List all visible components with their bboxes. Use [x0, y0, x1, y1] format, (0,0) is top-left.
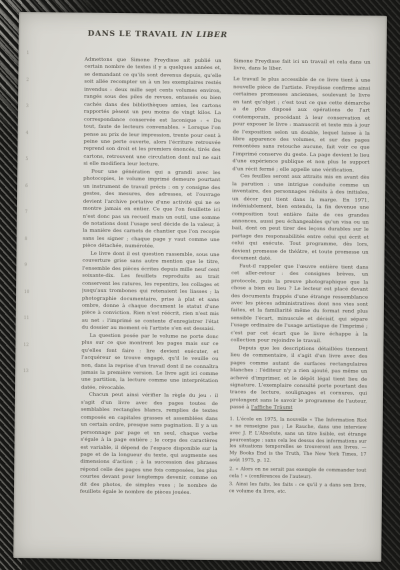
paragraph: Le travail le plus accessible de ce livr…: [232, 77, 370, 175]
margin-mark: 9: [24, 262, 33, 289]
paragraph: Admettons que Simone Freydisse ait publi…: [83, 57, 221, 170]
page-title-italic: IN LIBER: [181, 30, 228, 39]
page-title-main: DANS LE TRAVAIL: [88, 29, 181, 39]
footnote: 1. L'école en 1975, la nouvelle « The In…: [229, 417, 366, 467]
paragraph: Faut-il rappeler que l'œuvre entière tie…: [231, 263, 369, 346]
paragraph: Depuis que les descriptions détaillées t…: [230, 345, 368, 414]
paragraph: Pour une génération qui a grandi avec le…: [83, 168, 221, 251]
paragraph-text: Depuis que les descriptions détaillées t…: [230, 345, 368, 411]
underlined-phrase: l'affiche Träumt: [251, 405, 292, 411]
margin-mark: 5: [25, 156, 34, 183]
margin-mark: 1: [26, 50, 35, 77]
margin-mark: 13: [23, 368, 32, 395]
opening-paragraph: Simone Freydisse fait ici un travail et …: [233, 58, 370, 74]
margin-mark: 7: [25, 209, 34, 236]
footnote: 2. « Alors on ne serait pas exemple de c…: [229, 467, 366, 482]
paragraph: Ces feuilles seront aux attraits mis en …: [231, 174, 369, 265]
margin-mark: 2: [26, 77, 35, 104]
column-left: Admettons que Simone Freydisse ait publi…: [80, 57, 222, 512]
footnote: 3. Ainsi les faits, les faits : ce qu'il…: [229, 482, 366, 497]
page-title: DANS LE TRAVAIL IN LIBER: [88, 29, 228, 39]
margin-mark: 3: [26, 103, 35, 130]
paragraph: Le livre dont il est question rassemble,…: [82, 250, 220, 333]
margin-mark: 8: [24, 236, 33, 263]
footnotes: 1. L'école en 1975, la nouvelle « The In…: [229, 417, 367, 497]
paragraph: Chacun peut ainsi vérifier la règle du j…: [80, 392, 218, 498]
margin-mark: 4: [25, 130, 34, 157]
text-columns: Admettons que Simone Freydisse ait publi…: [80, 57, 371, 514]
margin-mark: 10: [24, 289, 33, 316]
book-page: DANS LE TRAVAIL IN LIBER 1 2 3 4 5 6 7 8…: [13, 12, 387, 562]
paragraph: La question posée par le volume ne porte…: [81, 332, 219, 393]
margin-mark: 11: [24, 315, 33, 342]
margin-mark: 12: [23, 342, 32, 369]
column-right: Simone Freydisse fait ici un travail et …: [229, 58, 371, 513]
margin-marks: 1 2 3 4 5 6 7 8 9 10 11 12 13: [23, 50, 36, 395]
margin-mark: 6: [25, 183, 34, 210]
